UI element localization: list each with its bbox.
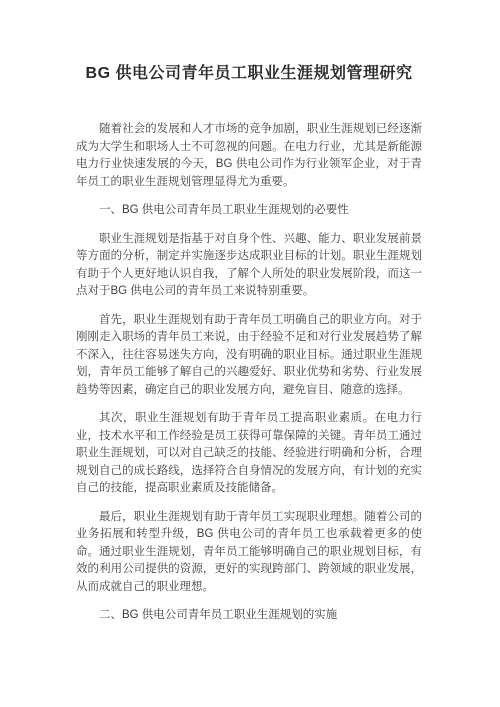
paragraph-second-point: 其次，职业生涯规划有助于青年员工提高职业素质。在电力行业，技术水平和工作经验是员… bbox=[76, 410, 422, 498]
section-heading-2: 二、BG 供电公司青年员工职业生涯规划的实施 bbox=[76, 607, 422, 625]
document-page: BG 供电公司青年员工职业生涯规划管理研究 随着社会的发展和人才市场的竞争加剧，… bbox=[0, 0, 500, 707]
paragraph-first-point: 首先，职业生涯规划有助于青年员工明确自己的职业方向。对于刚刚走入职场的青年员工来… bbox=[76, 312, 422, 400]
document-title: BG 供电公司青年员工职业生涯规划管理研究 bbox=[76, 62, 422, 86]
paragraph-definition: 职业生涯规划是指基于对自身个性、兴趣、能力、职业发展前景等方面的分析，制定并实施… bbox=[76, 231, 422, 301]
section-heading-1: 一、BG 供电公司青年员工职业生涯规划的必要性 bbox=[76, 202, 422, 220]
paragraph-intro: 随着社会的发展和人才市场的竞争加剧，职业生涯规划已经逐渐成为大学生和职场人士不可… bbox=[76, 121, 422, 191]
paragraph-last-point: 最后，职业生涯规划有助于青年员工实现职业理想。随着公司的业务拓展和转型升级，BG… bbox=[76, 509, 422, 597]
